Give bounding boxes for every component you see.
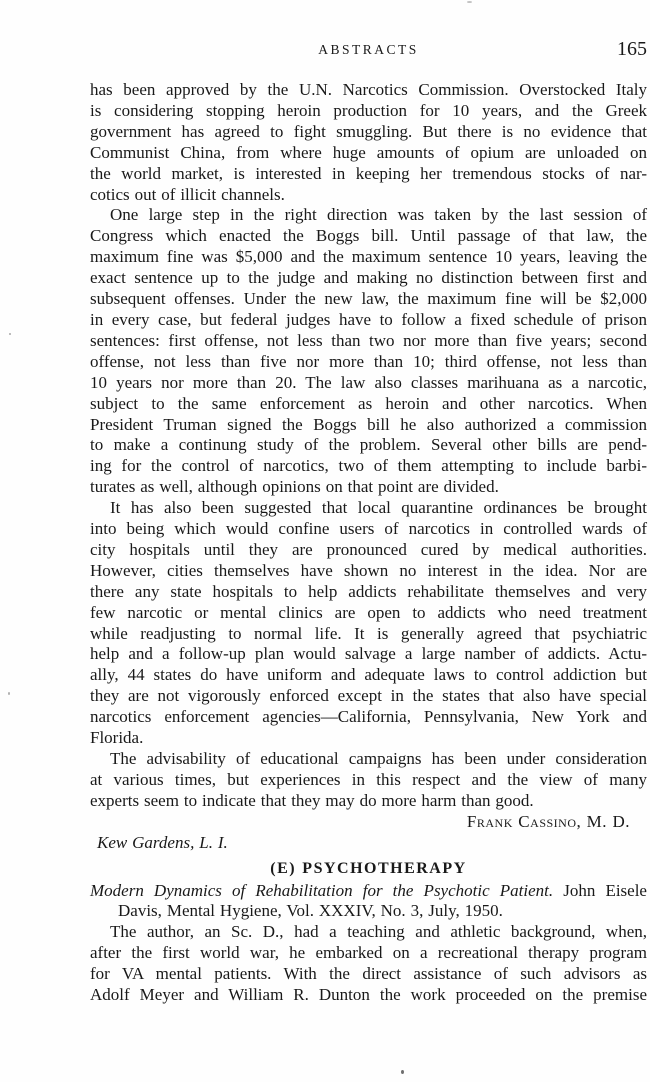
text-line: into being which would confine users of … xyxy=(90,519,647,540)
abstract-text-bottom: The author, an Sc. D., had a teaching an… xyxy=(90,922,647,1006)
text-line: they are not vigorously enforced except … xyxy=(90,686,647,707)
text-line: at various times, but experiences in thi… xyxy=(90,770,647,791)
scan-speck xyxy=(8,692,10,695)
text-line: Communist China, from where huge amounts… xyxy=(90,143,647,164)
text-line: ing for the control of narcotics, two of… xyxy=(90,456,647,477)
text-line: to make a continung study of the problem… xyxy=(90,435,647,456)
text-line: Congress which enacted the Boggs bill. U… xyxy=(90,226,647,247)
text-line: while readjusting to normal life. It is … xyxy=(90,624,647,645)
text-line: turates as well, although opinions on th… xyxy=(90,477,647,498)
page-body: has been approved by the U.N. Narcotics … xyxy=(90,80,647,1006)
scan-speck xyxy=(467,1,472,3)
abstract-author-signature: Frank Cassino, M. D. xyxy=(90,812,647,833)
text-line: after the first world war, he embarked o… xyxy=(90,943,647,964)
text-line: The author, an Sc. D., had a teaching an… xyxy=(90,922,647,943)
text-line: narcotics enforcement agencies—Californi… xyxy=(90,707,647,728)
citation-author-start: John Eisele xyxy=(563,881,647,900)
scan-speck xyxy=(401,1070,404,1074)
text-line: maximum fine was $5,000 and the maximum … xyxy=(90,247,647,268)
text-line: in every case, but federal judges have t… xyxy=(90,310,647,331)
text-line: However, cities themselves have shown no… xyxy=(90,561,647,582)
text-line: there any state hospitals to help addict… xyxy=(90,582,647,603)
text-line: city hospitals until they are pronounced… xyxy=(90,540,647,561)
abstract-text-top: has been approved by the U.N. Narcotics … xyxy=(90,80,647,812)
text-line: offense, not less than five nor more tha… xyxy=(90,352,647,373)
author-location: Kew Gardens, L. I. xyxy=(90,833,647,854)
citation-first-line: Modern Dynamics of Rehabilitation for th… xyxy=(90,881,647,902)
text-line: It has also been suggested that local qu… xyxy=(90,498,647,519)
text-line: President Truman signed the Boggs bill h… xyxy=(90,415,647,436)
text-line: the world market, is interested in keepi… xyxy=(90,164,647,185)
text-line: ally, 44 states do have uniform and adeq… xyxy=(90,665,647,686)
text-line: One large step in the right direction wa… xyxy=(90,205,647,226)
text-line: government has agreed to fight smuggling… xyxy=(90,122,647,143)
text-line: for VA mental patients. With the direct … xyxy=(90,964,647,985)
text-line: cotics out of illicit channels. xyxy=(90,185,647,206)
text-line: Florida. xyxy=(90,728,647,749)
text-line: experts seem to indicate that they may d… xyxy=(90,791,647,812)
journal-page: ABSTRACTS 165 has been approved by the U… xyxy=(0,0,650,1082)
citation-continuation: Davis, Mental Hygiene, Vol. XXXIV, No. 3… xyxy=(90,901,647,922)
article-citation: Modern Dynamics of Rehabilitation for th… xyxy=(90,881,647,923)
page-number: 165 xyxy=(617,38,647,61)
text-line: is considering stopping heroin productio… xyxy=(90,101,647,122)
citation-title: Modern Dynamics of Rehabilitation for th… xyxy=(90,881,553,900)
text-line: subsequent offenses. Under the new law, … xyxy=(90,289,647,310)
text-line: help and a follow-up plan would salvage … xyxy=(90,644,647,665)
scan-speck xyxy=(9,333,11,335)
text-line: sentences: first offense, not less than … xyxy=(90,331,647,352)
section-heading: (E) PSYCHOTHERAPY xyxy=(90,858,647,879)
text-line: few narcotic or mental clinics are open … xyxy=(90,603,647,624)
running-head: ABSTRACTS xyxy=(90,42,647,58)
text-line: The advisability of educational campaign… xyxy=(90,749,647,770)
text-line: exact sentence up to the judge and makin… xyxy=(90,268,647,289)
text-line: 10 years nor more than 20. The law also … xyxy=(90,373,647,394)
page-header: ABSTRACTS 165 xyxy=(90,38,647,64)
text-line: Adolf Meyer and William R. Dunton the wo… xyxy=(90,985,647,1006)
text-line: subject to the same enforcement as heroi… xyxy=(90,394,647,415)
text-line: has been approved by the U.N. Narcotics … xyxy=(90,80,647,101)
